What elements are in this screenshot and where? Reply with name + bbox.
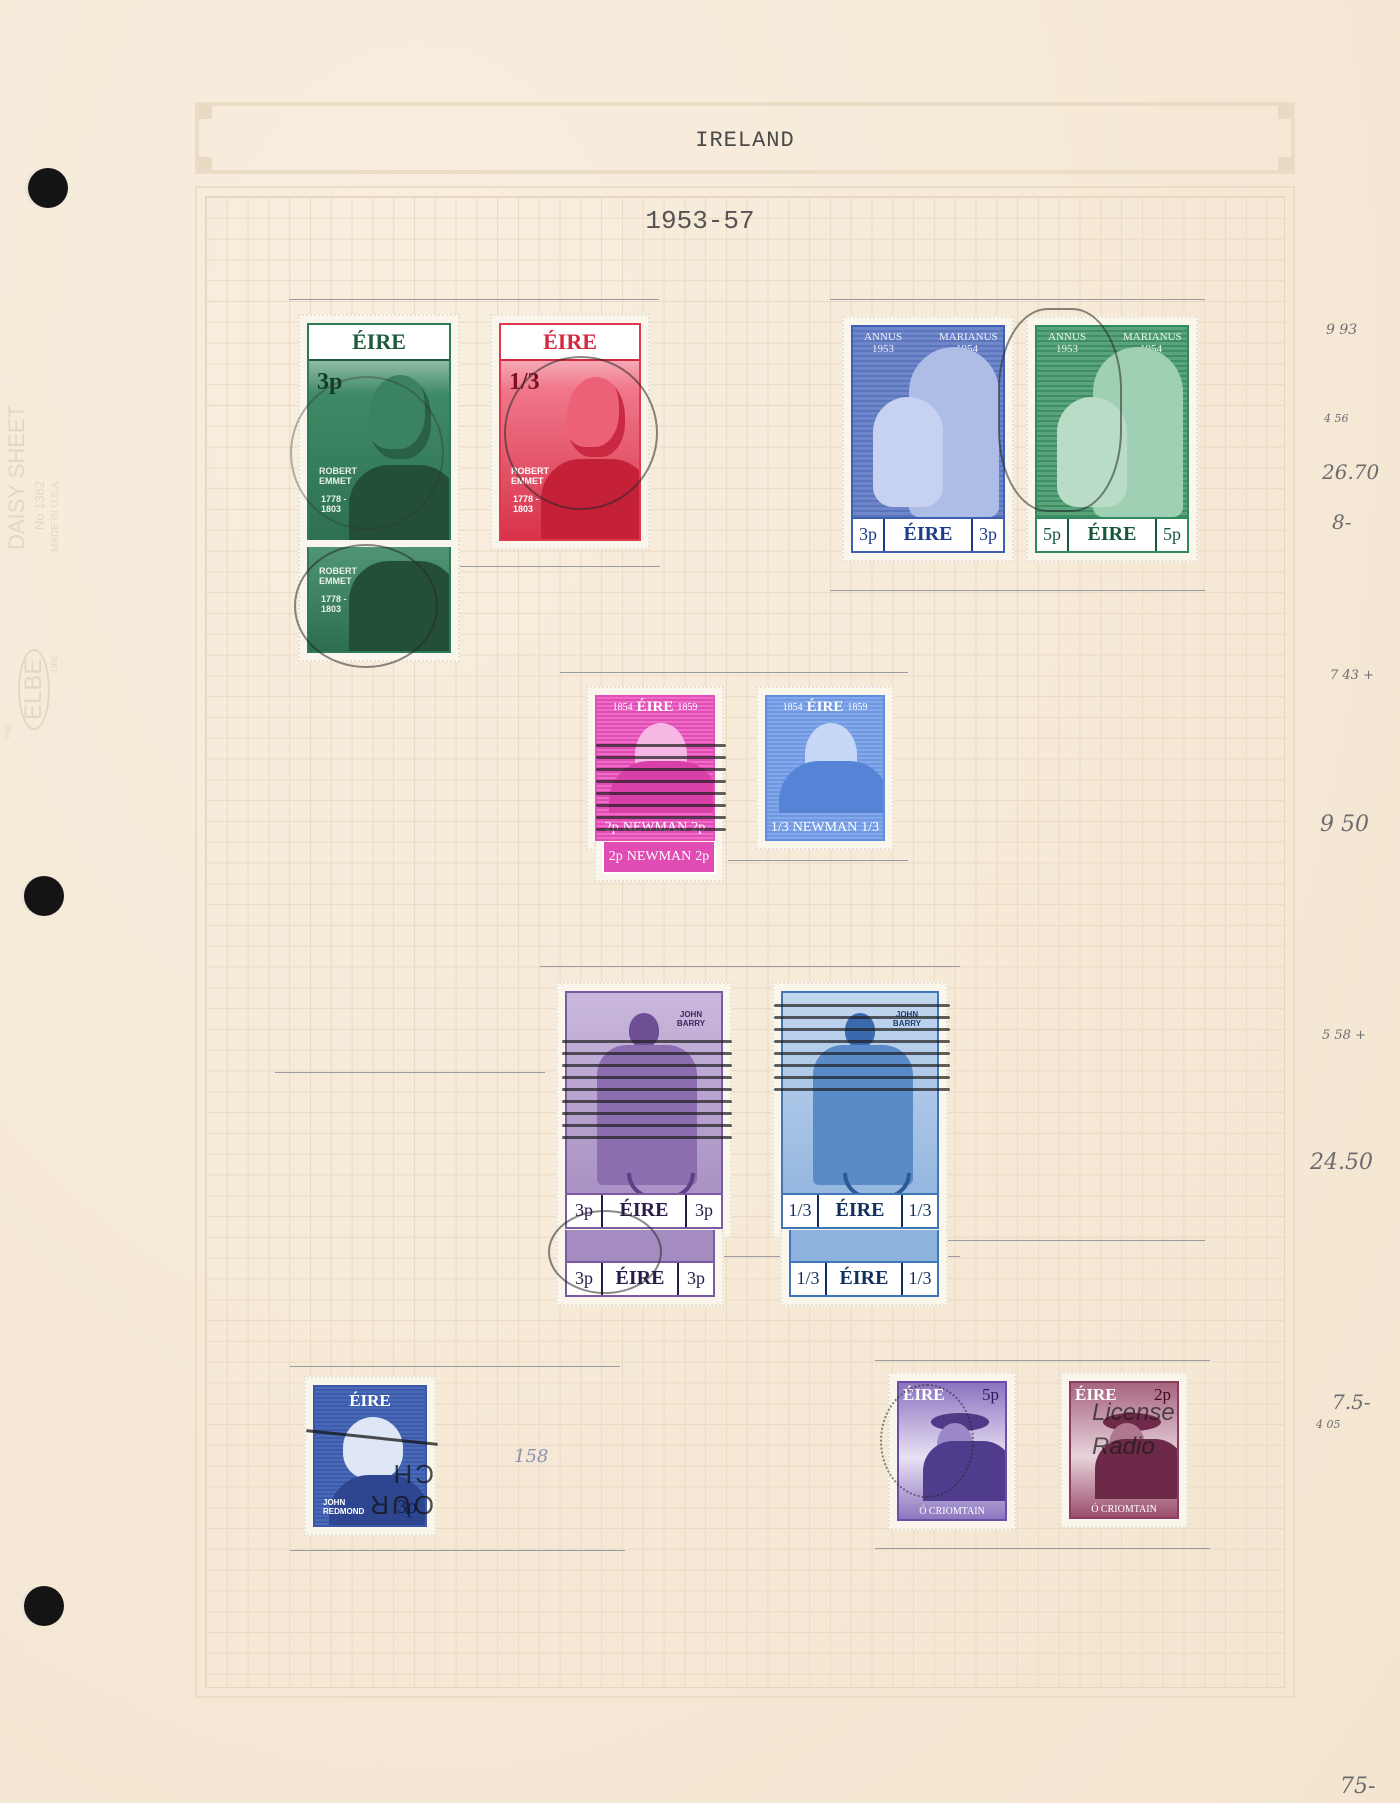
years-left: 1854 bbox=[783, 702, 803, 713]
mount-line bbox=[540, 966, 960, 967]
denomination-left: 1/3 bbox=[771, 820, 789, 836]
robes bbox=[779, 761, 885, 813]
mount-line bbox=[450, 566, 660, 567]
title-frame: IRELAND bbox=[195, 102, 1295, 174]
pencil-note: 9 93 bbox=[1326, 322, 1357, 338]
imprint-made-in: MADE IN U.S.A. bbox=[50, 479, 61, 552]
stamp-newman-2p: 1854 ÉIRE 1859 2p NEWMAN 2p bbox=[586, 686, 724, 850]
stamp-emmet-3p: ÉIRE 3p ROBERT EMMET 1778 - 1803 bbox=[298, 314, 460, 566]
postmark bbox=[294, 544, 438, 668]
stamp-emmet-3p-pair-partial: ROBERT EMMET 1778 - 1803 bbox=[298, 540, 460, 662]
years-right: 1859 bbox=[677, 702, 697, 713]
country-name: ÉIRE bbox=[885, 519, 971, 551]
mount-line bbox=[560, 672, 908, 673]
mount-line bbox=[830, 299, 1205, 300]
denomination: 5p bbox=[982, 1385, 999, 1405]
punch-hole-middle bbox=[24, 876, 64, 916]
country-name: ÉIRE bbox=[807, 699, 844, 716]
stamp-john-barry-3p: JOHN BARRY 3p ÉIRE 3p bbox=[556, 982, 732, 1238]
denomination-right: 5p bbox=[1155, 519, 1187, 551]
stamp-caption: Ó CRIOMTAIN bbox=[899, 1506, 1005, 1517]
country-name: ÉIRE bbox=[637, 699, 674, 716]
postmark bbox=[290, 376, 444, 530]
stamp-caption: JOHN BARRY bbox=[673, 1011, 709, 1029]
pencil-note: 8- bbox=[1332, 510, 1351, 534]
child-figure bbox=[873, 397, 943, 507]
wavy-cancel bbox=[596, 744, 726, 840]
wavy-cancel bbox=[774, 1004, 950, 1100]
mount-line bbox=[945, 1240, 1205, 1241]
denomination-right: 3p bbox=[677, 1263, 713, 1295]
country-name: ÉIRE bbox=[309, 325, 449, 361]
denomination-left: 1/3 bbox=[791, 1263, 827, 1295]
mount-line bbox=[275, 1072, 545, 1073]
period-title: 1953-57 bbox=[0, 206, 1400, 236]
pencil-note: 7.5- bbox=[1332, 1390, 1371, 1414]
denomination-left: 3p bbox=[853, 519, 885, 551]
postmark bbox=[880, 1384, 974, 1498]
stamp-john-barry-3p-pair-partial: 3p ÉIRE 3p bbox=[556, 1230, 724, 1306]
mount-line bbox=[289, 299, 659, 300]
country-name: ÉIRE bbox=[819, 1195, 901, 1227]
stamp-newman-1s3d: 1854 ÉIRE 1859 1/3 NEWMAN 1/3 bbox=[756, 686, 894, 850]
country-title: IRELAND bbox=[199, 128, 1291, 153]
mount-line bbox=[875, 1548, 1210, 1549]
imprint-sheet-name: DAISY SHEET bbox=[4, 405, 30, 550]
sheet-imprint: DAISY SHEET No 1362 MADE IN U.S.A. THE E… bbox=[4, 400, 64, 740]
stamp-john-barry-1s3d: JOHN BARRY 1/3 ÉIRE 1/3 bbox=[772, 982, 948, 1238]
country-name: ÉIRE bbox=[827, 1263, 901, 1295]
imprint-brand-prefix: THE bbox=[4, 724, 13, 740]
years-left: 1854 bbox=[613, 702, 633, 713]
denomination-right: 3p bbox=[971, 519, 1003, 551]
punch-hole-top bbox=[28, 168, 68, 208]
stamp-john-redmond-3p: ÉIRE JOHN REDMOND 3p OUR CH bbox=[304, 1376, 436, 1536]
denomination-left: 5p bbox=[1037, 519, 1069, 551]
stamp-newman-2p-pair-partial: 2p NEWMAN 2p bbox=[594, 842, 724, 882]
country-name: ÉIRE bbox=[1069, 519, 1155, 551]
pencil-note: 9 50 bbox=[1320, 812, 1369, 837]
stamp-emmet-1s3d: ÉIRE 1/3 ROBERT EMMET 1778 - 1803 bbox=[490, 314, 650, 550]
stamp-john-barry-1s3d-pair-partial: 1/3 ÉIRE 1/3 bbox=[780, 1230, 948, 1306]
stamp-o-criomtain-5p: ÉIRE 5p Ó CRIOMTAIN bbox=[888, 1372, 1016, 1530]
denomination-left: 2p bbox=[609, 849, 623, 865]
stamp-marian-year-3p: ANNUS 1953 MARIANUS 1954 3p ÉIRE 3p bbox=[842, 316, 1014, 562]
mount-line bbox=[728, 860, 908, 861]
mount-line bbox=[290, 1366, 620, 1367]
pencil-note: 75- bbox=[1340, 1774, 1375, 1799]
mount-line bbox=[290, 1550, 625, 1551]
cancel-text: OUR CH bbox=[316, 1458, 434, 1520]
cancel-text: License Radio bbox=[1092, 1396, 1188, 1464]
denomination-right: 2p bbox=[695, 849, 709, 865]
wavy-cancel bbox=[562, 1040, 732, 1148]
stamp-caption: Ó CRIOMTAIN bbox=[1071, 1504, 1177, 1515]
years-right: 1859 bbox=[847, 702, 867, 713]
stamp-caption: NEWMAN bbox=[793, 820, 858, 836]
stamp-marian-year-5p: ANNUS 1953 MARIANUS 1954 5p ÉIRE 5p bbox=[1026, 316, 1198, 562]
pencil-note: 158 bbox=[514, 1446, 548, 1467]
pencil-note: 4 05 bbox=[1316, 1418, 1341, 1431]
denomination-right: 1/3 bbox=[901, 1263, 937, 1295]
postmark bbox=[548, 1210, 662, 1294]
punch-hole-bottom bbox=[24, 1586, 64, 1626]
denomination-right: 1/3 bbox=[901, 1195, 937, 1227]
country-name: ÉIRE bbox=[315, 1387, 425, 1415]
postmark bbox=[998, 308, 1122, 512]
stamp-caption: NEWMAN bbox=[627, 849, 692, 865]
imprint-brand-suffix: LINE bbox=[50, 654, 59, 672]
denomination-right: 3p bbox=[685, 1195, 721, 1227]
imprint-sheet-number: No 1362 bbox=[32, 481, 47, 530]
denomination-right: 1/3 bbox=[861, 820, 879, 836]
stamp-o-criomtain-2p: ÉIRE 2p Ó CRIOMTAIN License Radio bbox=[1060, 1372, 1188, 1528]
country-name: ÉIRE bbox=[501, 325, 639, 361]
header-left: ANNUS 1953 bbox=[863, 331, 903, 355]
pencil-note: 7 43 + bbox=[1330, 668, 1374, 683]
mount-line bbox=[830, 590, 1205, 591]
postmark bbox=[504, 356, 658, 510]
pencil-note: 4 56 bbox=[1324, 412, 1349, 425]
denomination-left: 1/3 bbox=[783, 1195, 819, 1227]
mount-line bbox=[875, 1360, 1210, 1361]
pencil-note: 5 58 + bbox=[1322, 1028, 1366, 1043]
imprint-brand: ELBE bbox=[18, 649, 50, 730]
pencil-note: 26.70 bbox=[1322, 460, 1379, 484]
pencil-note: 24.50 bbox=[1310, 1150, 1373, 1175]
